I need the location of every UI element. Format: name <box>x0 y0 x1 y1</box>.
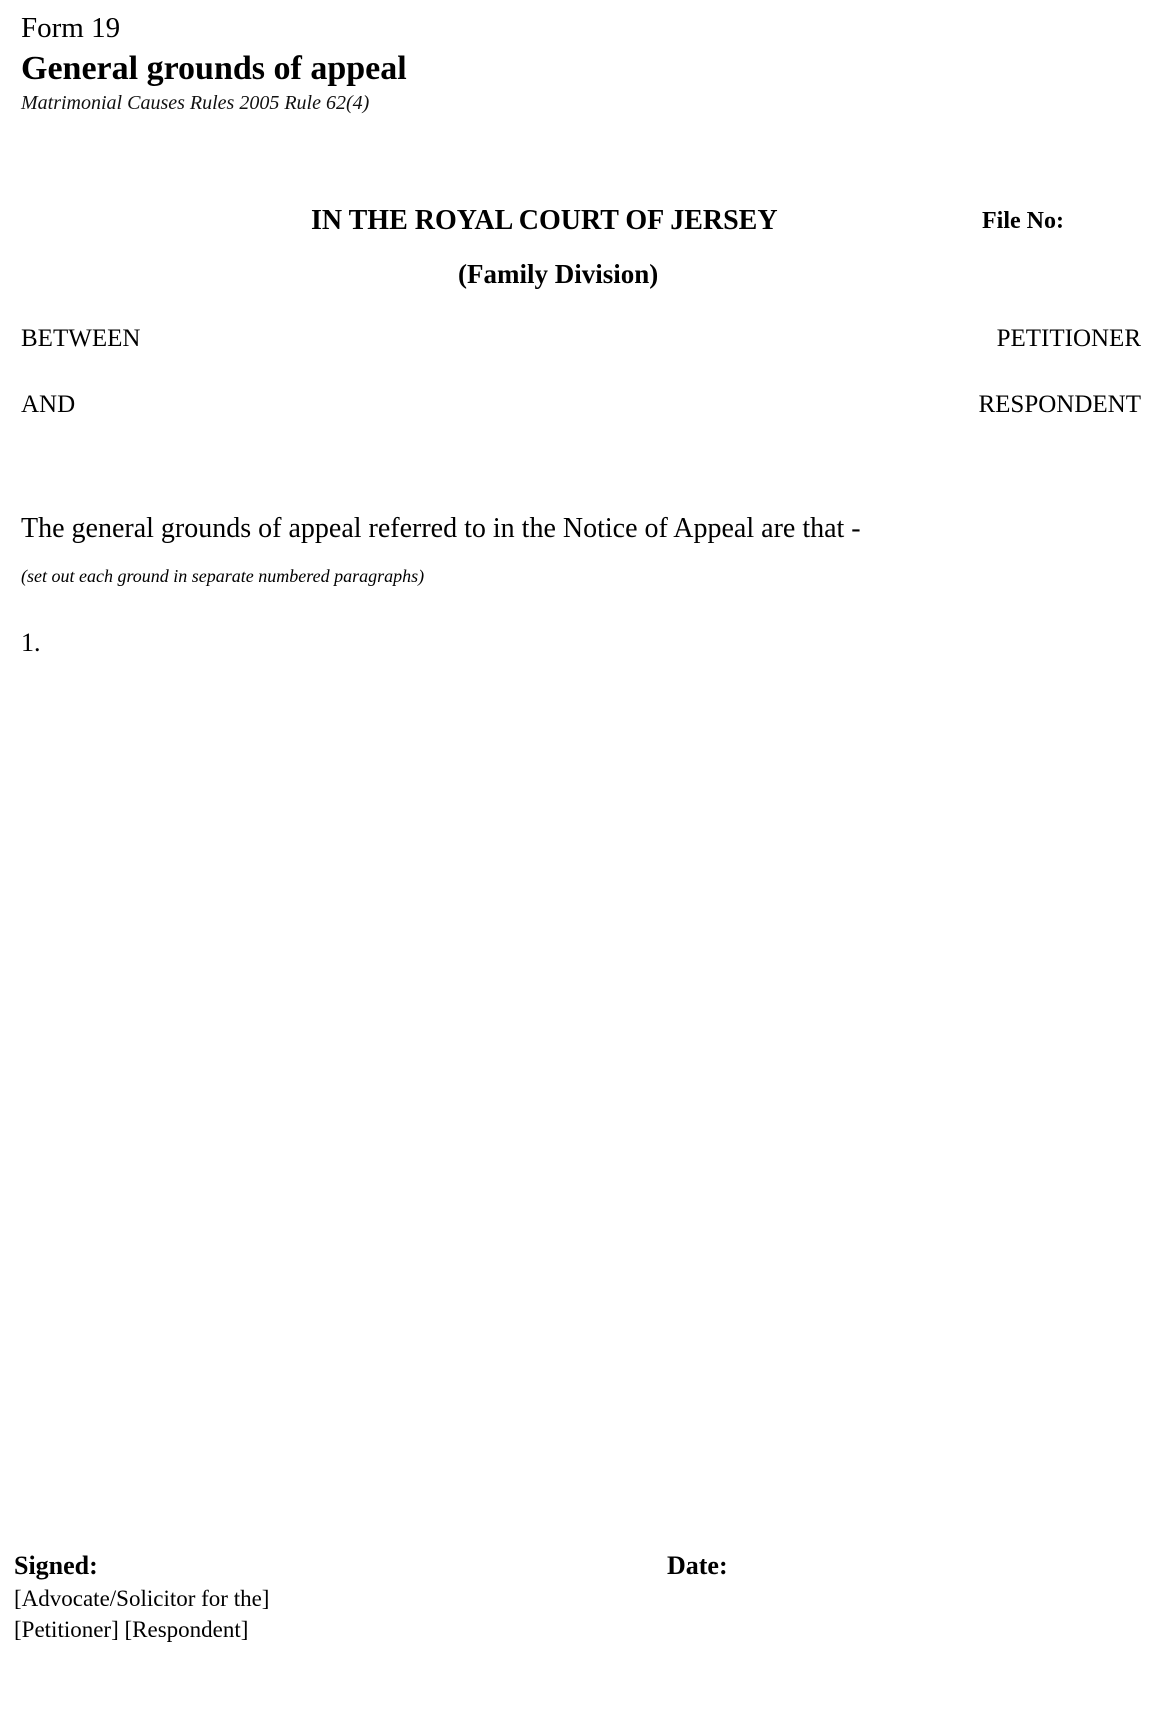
form-title: General grounds of appeal <box>21 50 407 88</box>
respondent-label: RESPONDENT <box>978 391 1141 419</box>
court-name: IN THE ROYAL COURT OF JERSEY <box>311 205 778 237</box>
paragraph-text <box>60 625 1120 1485</box>
date-label: Date: <box>667 1551 728 1581</box>
signed-label: Signed: <box>14 1551 98 1581</box>
paragraph-number: 1. <box>21 629 41 657</box>
grounds-intro: The general grounds of appeal referred t… <box>21 513 861 545</box>
between-label: BETWEEN <box>21 325 140 353</box>
grounds-instruction: (set out each ground in separate numbere… <box>21 566 424 586</box>
form-number: Form 19 <box>21 12 120 44</box>
and-label: AND <box>21 391 75 419</box>
signatory-capacity-line-2: [Petitioner] [Respondent] <box>14 1617 248 1643</box>
file-no-label: File No: <box>982 207 1064 235</box>
petitioner-label: PETITIONER <box>997 325 1141 353</box>
court-division: (Family Division) <box>458 259 658 289</box>
rule-reference: Matrimonial Causes Rules 2005 Rule 62(4) <box>21 92 369 114</box>
signatory-capacity-line-1: [Advocate/Solicitor for the] <box>14 1586 269 1612</box>
